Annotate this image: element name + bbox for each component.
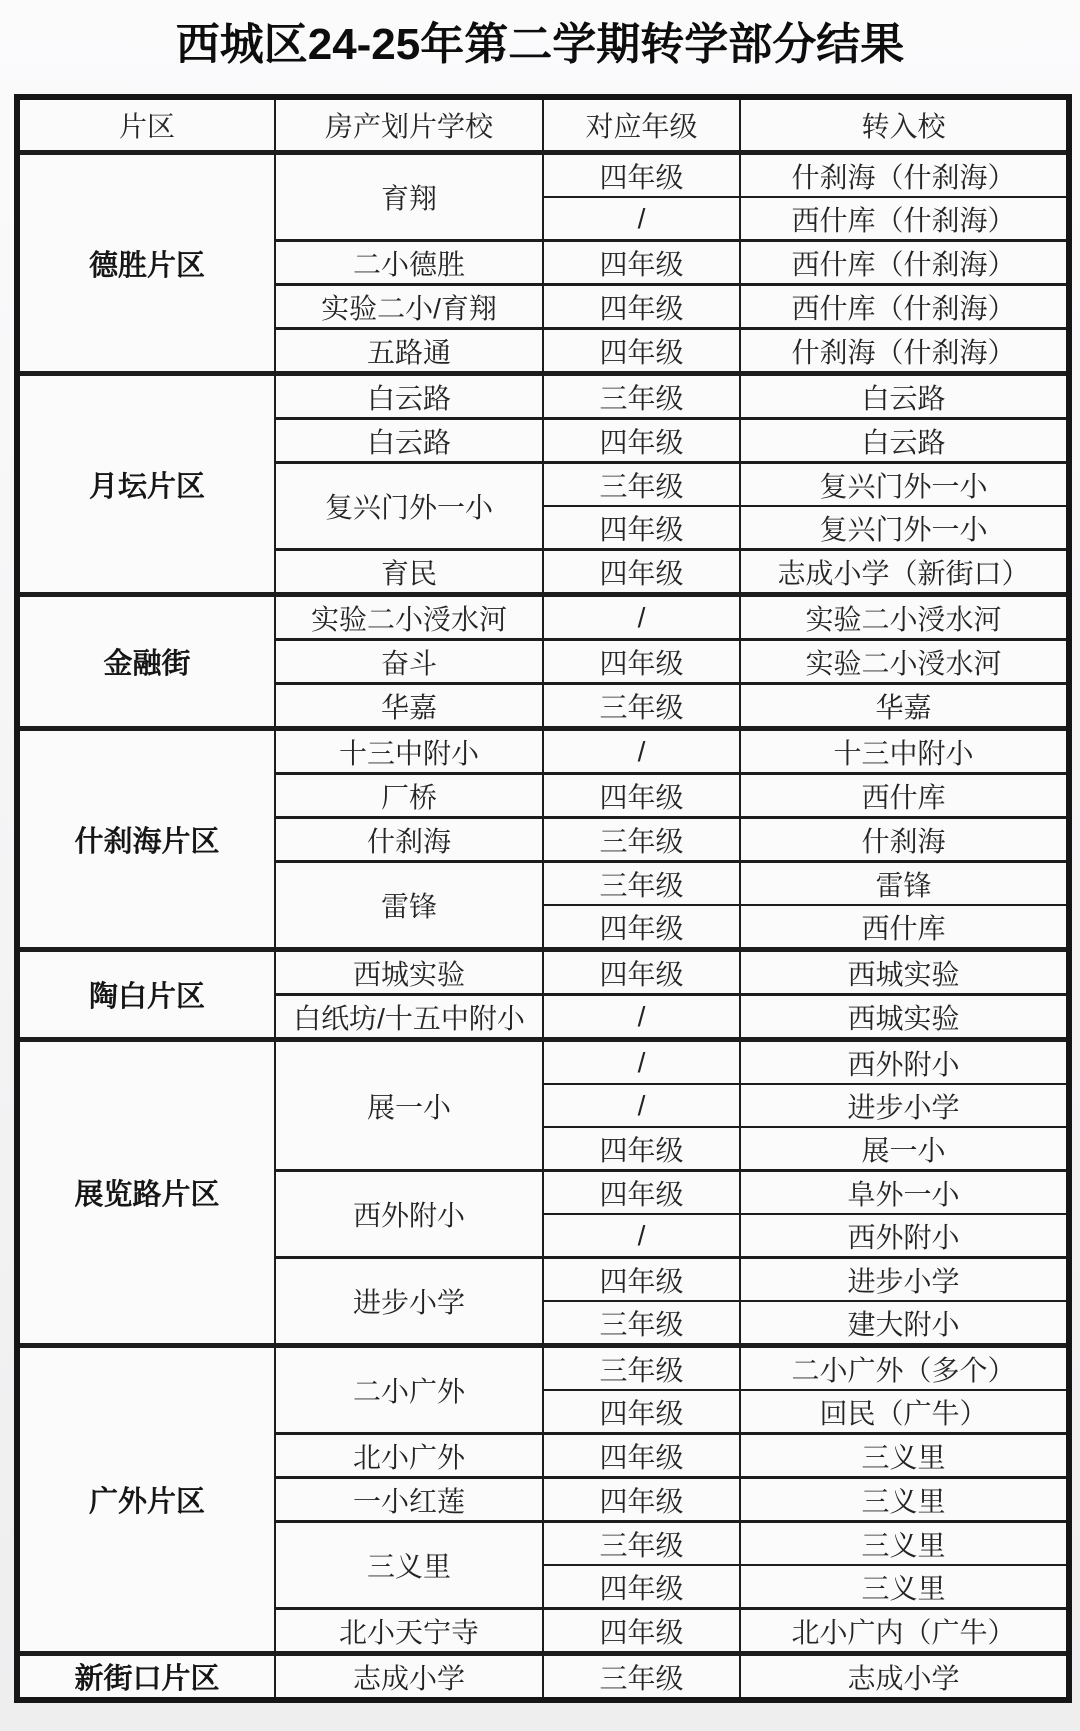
grade-cell: /: [543, 1040, 740, 1085]
school-cell: 雷锋: [275, 862, 543, 950]
target-cell: 西城实验: [740, 950, 1069, 995]
header-grade: 对应年级: [543, 97, 740, 153]
school-cell: 五路通: [275, 329, 543, 374]
table-row: 月坛片区白云路三年级白云路: [17, 374, 1069, 419]
header-target: 转入校: [740, 97, 1069, 153]
target-cell: 西什库: [740, 905, 1069, 950]
grade-cell: 四年级: [543, 905, 740, 950]
grade-cell: 四年级: [543, 1127, 740, 1171]
school-cell: 实验二小涭水河: [275, 595, 543, 640]
target-cell: 志成小学（新街口）: [740, 550, 1069, 595]
target-cell: 三义里: [740, 1522, 1069, 1566]
table-row: 什刹海片区十三中附小/十三中附小: [17, 729, 1069, 774]
region-cell: 德胜片区: [17, 153, 275, 374]
school-cell: 展一小: [275, 1040, 543, 1171]
school-cell: 一小红莲: [275, 1478, 543, 1522]
target-cell: 西城实验: [740, 995, 1069, 1040]
grade-cell: /: [543, 595, 740, 640]
grade-cell: 四年级: [543, 1390, 740, 1434]
region-cell: 广外片区: [17, 1346, 275, 1654]
table-row: 陶白片区西城实验四年级西城实验: [17, 950, 1069, 995]
target-cell: 华嘉: [740, 684, 1069, 729]
school-cell: 北小广外: [275, 1434, 543, 1478]
school-cell: 西外附小: [275, 1171, 543, 1258]
grade-cell: 四年级: [543, 1565, 740, 1609]
target-cell: 西什库（什刹海）: [740, 285, 1069, 329]
grade-cell: /: [543, 197, 740, 241]
header-region: 片区: [17, 97, 275, 153]
grade-cell: 四年级: [543, 1258, 740, 1302]
target-cell: 三义里: [740, 1565, 1069, 1609]
grade-cell: 四年级: [543, 329, 740, 374]
school-cell: 志成小学: [275, 1654, 543, 1701]
school-cell: 育翔: [275, 153, 543, 241]
grade-cell: 四年级: [543, 550, 740, 595]
target-cell: 二小广外（多个）: [740, 1346, 1069, 1391]
target-cell: 实验二小涭水河: [740, 595, 1069, 640]
target-cell: 三义里: [740, 1434, 1069, 1478]
target-cell: 什刹海: [740, 818, 1069, 862]
grade-cell: /: [543, 995, 740, 1040]
target-cell: 白云路: [740, 419, 1069, 463]
table-row: 新街口片区志成小学三年级志成小学: [17, 1654, 1069, 1701]
target-cell: 西外附小: [740, 1040, 1069, 1085]
target-cell: 北小广内（广牛）: [740, 1609, 1069, 1654]
target-cell: 西什库: [740, 774, 1069, 818]
target-cell: 白云路: [740, 374, 1069, 419]
grade-cell: 三年级: [543, 1654, 740, 1701]
grade-cell: 四年级: [543, 241, 740, 285]
school-cell: 二小德胜: [275, 241, 543, 285]
target-cell: 回民（广牛）: [740, 1390, 1069, 1434]
grade-cell: 三年级: [543, 1301, 740, 1346]
grade-cell: 三年级: [543, 684, 740, 729]
grade-cell: 四年级: [543, 419, 740, 463]
grade-cell: 四年级: [543, 774, 740, 818]
page: 西城区24-25年第二学期转学部分结果 片区 房产划片学校 对应年级 转入校 德…: [0, 0, 1080, 1703]
table-row: 展览路片区展一小/西外附小: [17, 1040, 1069, 1085]
school-cell: 奋斗: [275, 640, 543, 684]
grade-cell: /: [543, 729, 740, 774]
table-row: 广外片区二小广外三年级二小广外（多个）: [17, 1346, 1069, 1391]
target-cell: 展一小: [740, 1127, 1069, 1171]
grade-cell: /: [543, 1084, 740, 1127]
grade-cell: 三年级: [543, 463, 740, 507]
region-cell: 展览路片区: [17, 1040, 275, 1346]
grade-cell: 四年级: [543, 1609, 740, 1654]
target-cell: 复兴门外一小: [740, 506, 1069, 550]
school-cell: 进步小学: [275, 1258, 543, 1346]
school-cell: 厂桥: [275, 774, 543, 818]
school-cell: 育民: [275, 550, 543, 595]
target-cell: 实验二小涭水河: [740, 640, 1069, 684]
grade-cell: 三年级: [543, 374, 740, 419]
target-cell: 阜外一小: [740, 1171, 1069, 1215]
transfer-table: 片区 房产划片学校 对应年级 转入校 德胜片区育翔四年级什刹海（什刹海）/西什库…: [14, 94, 1072, 1703]
school-cell: 实验二小/育翔: [275, 285, 543, 329]
target-cell: 进步小学: [740, 1258, 1069, 1302]
grade-cell: /: [543, 1214, 740, 1258]
grade-cell: 三年级: [543, 818, 740, 862]
region-cell: 新街口片区: [17, 1654, 275, 1701]
school-cell: 西城实验: [275, 950, 543, 995]
school-cell: 北小天宁寺: [275, 1609, 543, 1654]
grade-cell: 四年级: [543, 285, 740, 329]
grade-cell: 四年级: [543, 506, 740, 550]
target-cell: 复兴门外一小: [740, 463, 1069, 507]
target-cell: 什刹海（什刹海）: [740, 153, 1069, 198]
school-cell: 三义里: [275, 1522, 543, 1609]
target-cell: 进步小学: [740, 1084, 1069, 1127]
grade-cell: 四年级: [543, 1478, 740, 1522]
region-cell: 陶白片区: [17, 950, 275, 1040]
grade-cell: 四年级: [543, 153, 740, 198]
header-school: 房产划片学校: [275, 97, 543, 153]
school-cell: 白云路: [275, 419, 543, 463]
page-title: 西城区24-25年第二学期转学部分结果: [0, 0, 1080, 94]
grade-cell: 三年级: [543, 1522, 740, 1566]
target-cell: 三义里: [740, 1478, 1069, 1522]
target-cell: 西什库（什刹海）: [740, 241, 1069, 285]
grade-cell: 三年级: [543, 1346, 740, 1391]
table-body: 德胜片区育翔四年级什刹海（什刹海）/西什库（什刹海）二小德胜四年级西什库（什刹海…: [17, 153, 1069, 1701]
grade-cell: 三年级: [543, 862, 740, 906]
target-cell: 什刹海（什刹海）: [740, 329, 1069, 374]
target-cell: 建大附小: [740, 1301, 1069, 1346]
school-cell: 十三中附小: [275, 729, 543, 774]
header-row: 片区 房产划片学校 对应年级 转入校: [17, 97, 1069, 153]
region-cell: 月坛片区: [17, 374, 275, 595]
target-cell: 雷锋: [740, 862, 1069, 906]
school-cell: 二小广外: [275, 1346, 543, 1434]
table-row: 德胜片区育翔四年级什刹海（什刹海）: [17, 153, 1069, 198]
school-cell: 白云路: [275, 374, 543, 419]
target-cell: 志成小学: [740, 1654, 1069, 1701]
school-cell: 什刹海: [275, 818, 543, 862]
target-cell: 西什库（什刹海）: [740, 197, 1069, 241]
table-row: 金融街实验二小涭水河/实验二小涭水河: [17, 595, 1069, 640]
school-cell: 华嘉: [275, 684, 543, 729]
region-cell: 金融街: [17, 595, 275, 729]
school-cell: 白纸坊/十五中附小: [275, 995, 543, 1040]
region-cell: 什刹海片区: [17, 729, 275, 950]
target-cell: 西外附小: [740, 1214, 1069, 1258]
school-cell: 复兴门外一小: [275, 463, 543, 550]
grade-cell: 四年级: [543, 950, 740, 995]
grade-cell: 四年级: [543, 1434, 740, 1478]
grade-cell: 四年级: [543, 640, 740, 684]
grade-cell: 四年级: [543, 1171, 740, 1215]
target-cell: 十三中附小: [740, 729, 1069, 774]
